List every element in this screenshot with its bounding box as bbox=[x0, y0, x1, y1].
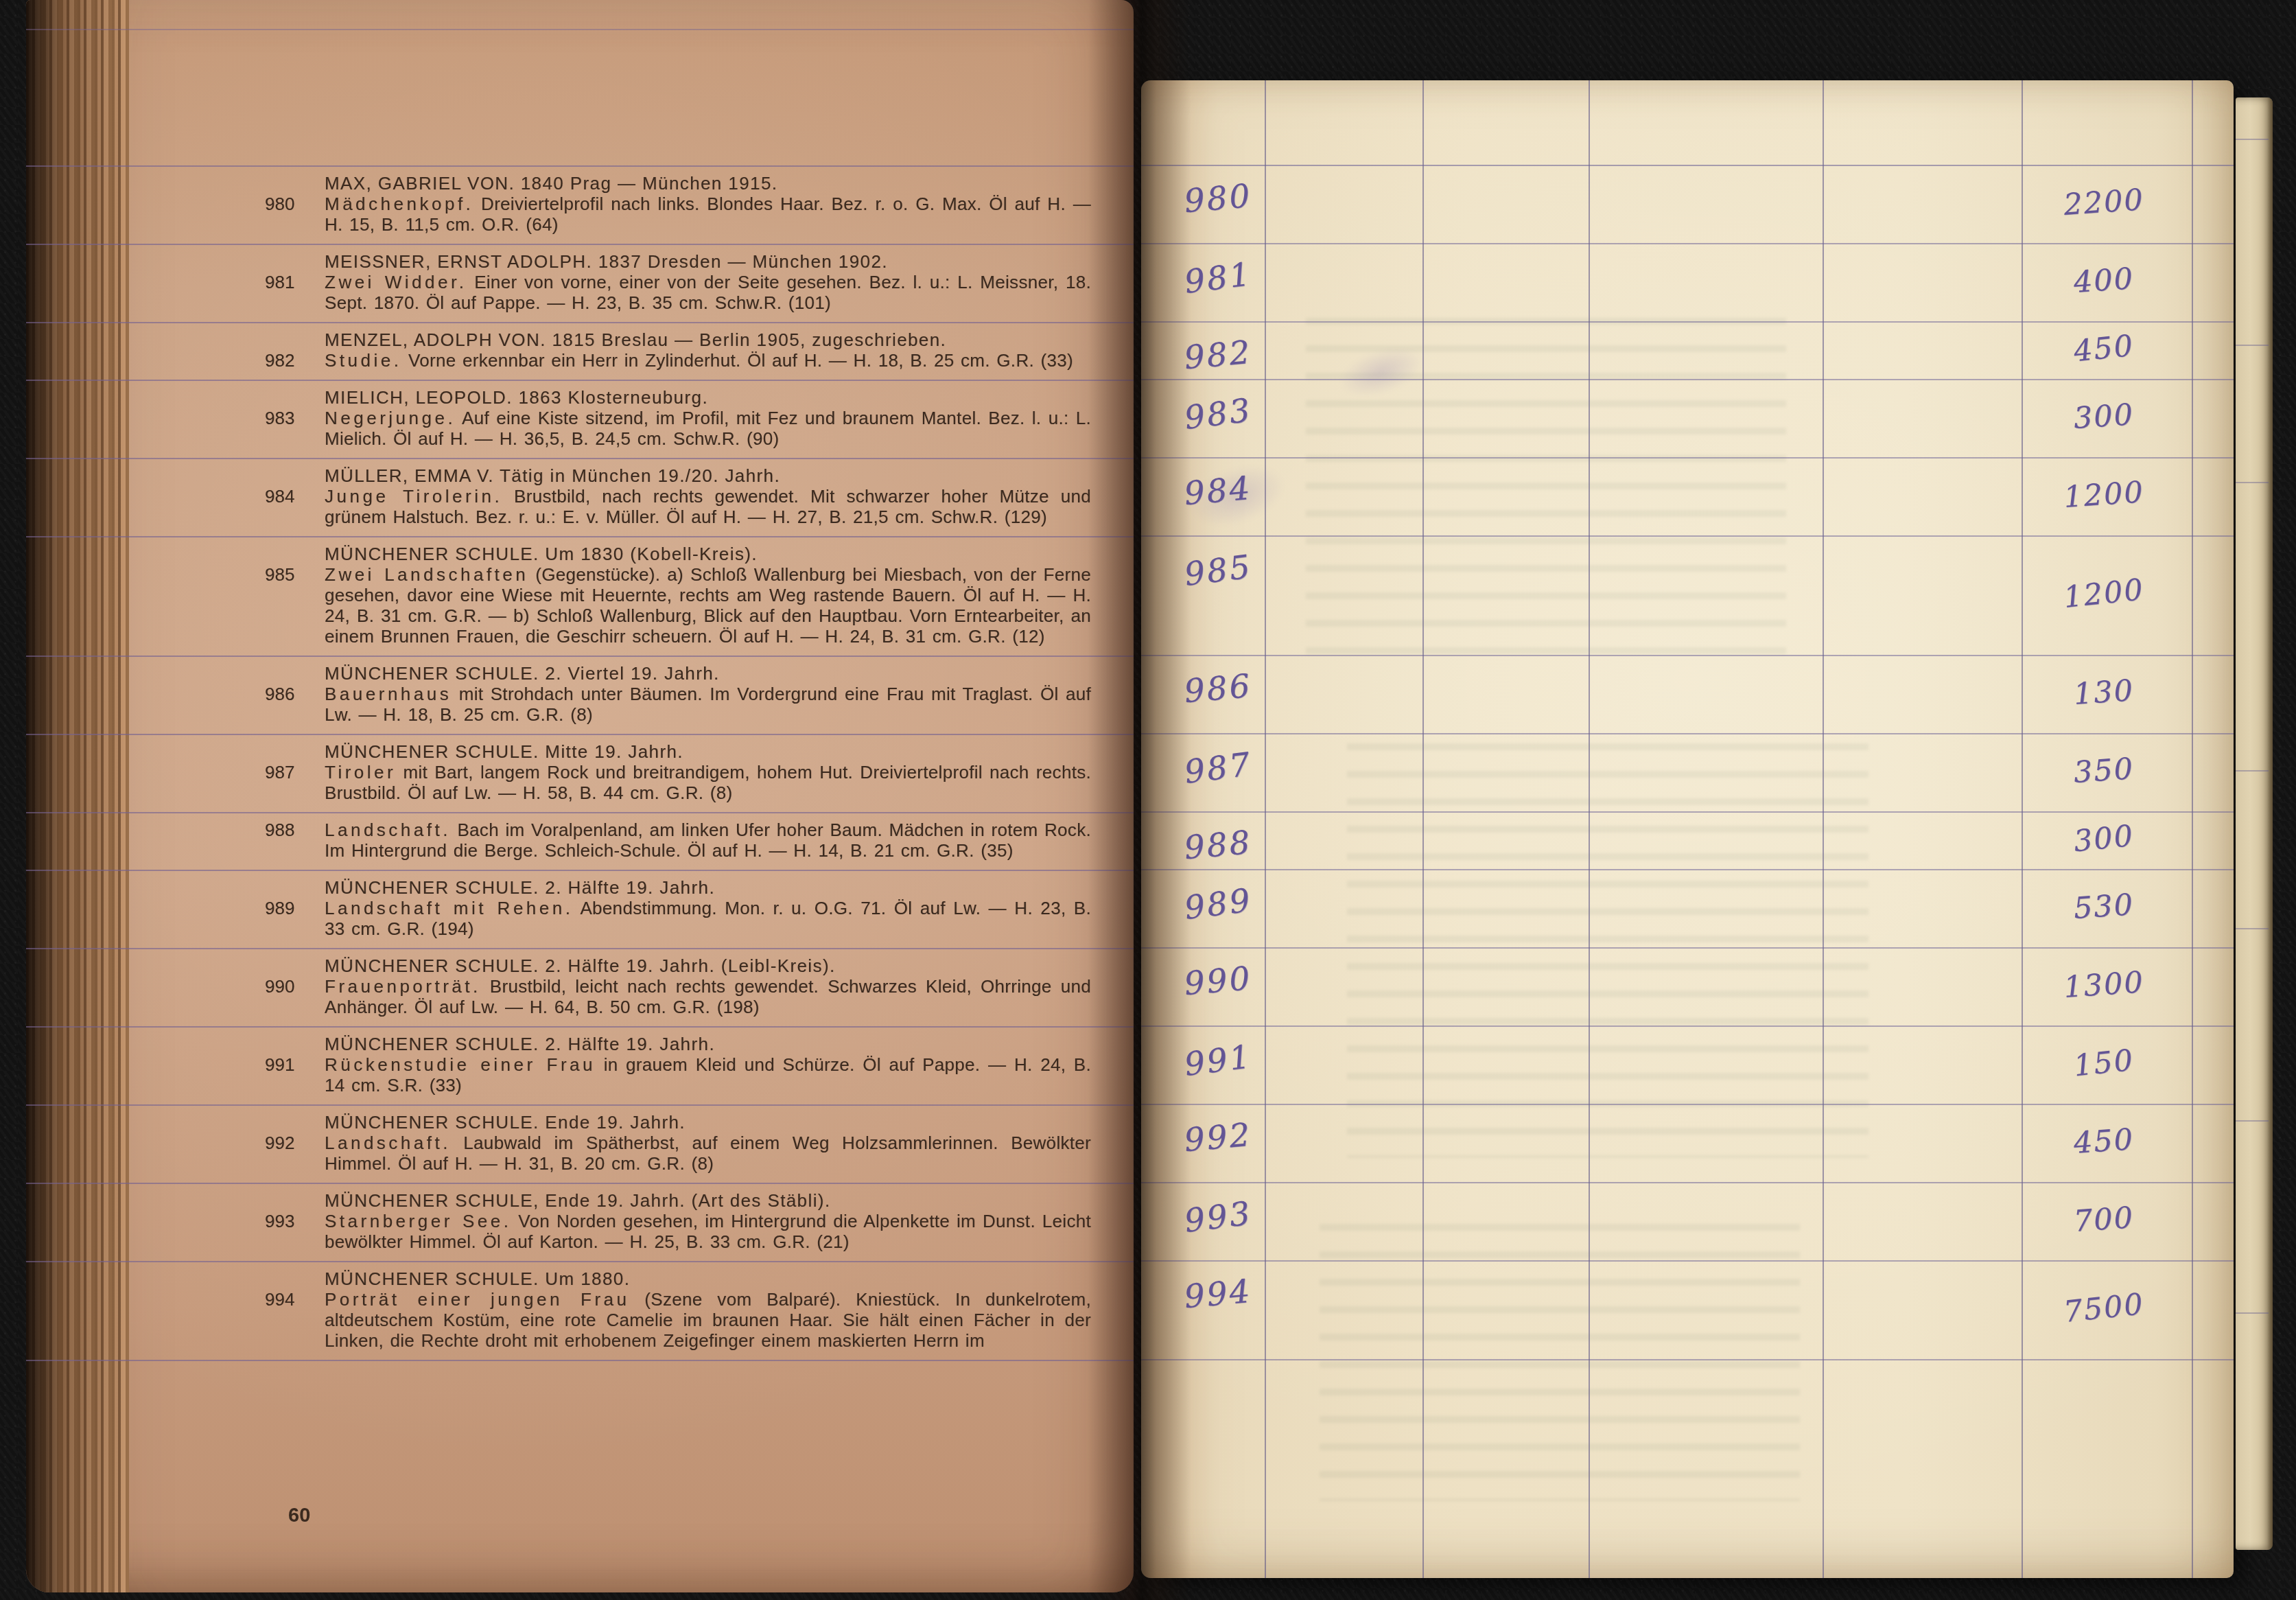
entry-description: Frauenporträt. Brustbild, leicht nach re… bbox=[325, 976, 1091, 1017]
ledger-row-984: 9841200 bbox=[1141, 459, 2234, 537]
catalog-entry-989: MÜNCHENER SCHULE. 2. Hälfte 19. Jahrh.98… bbox=[26, 871, 1134, 949]
handwritten-lot-number: 987 bbox=[1171, 744, 1265, 793]
lot-number: 987 bbox=[265, 762, 317, 782]
handwritten-price: 150 bbox=[2020, 1038, 2188, 1089]
ledger-row-988: 988300 bbox=[1141, 813, 2234, 870]
handwritten-price: 350 bbox=[2021, 748, 2188, 794]
ledger-row-985: 9851200 bbox=[1141, 537, 2234, 656]
artist-line: MÜLLER, EMMA V. Tätig in München 19./20.… bbox=[325, 465, 1091, 486]
handwritten-lot-number: 982 bbox=[1171, 332, 1265, 378]
catalog-entries: MAX, GABRIEL VON. 1840 Prag — München 19… bbox=[26, 165, 1134, 1361]
catalog-entry-981: MEISSNER, ERNST ADOLPH. 1837 Dresden — M… bbox=[26, 245, 1134, 323]
lot-number: 990 bbox=[265, 976, 317, 997]
ledger-row-989: 989530 bbox=[1141, 870, 2234, 949]
handwritten-lot-number: 985 bbox=[1171, 546, 1265, 595]
artist-line: MÜNCHENER SCHULE. 2. Viertel 19. Jahrh. bbox=[325, 663, 1091, 684]
entry-title: Junge Tirolerin. bbox=[325, 486, 502, 507]
handwritten-lot-number: 990 bbox=[1171, 958, 1265, 1004]
handwritten-price: 700 bbox=[2021, 1197, 2188, 1243]
artist-line: MAX, GABRIEL VON. 1840 Prag — München 19… bbox=[325, 173, 1091, 194]
entry-description: Landschaft. Bach im Voralpenland, am lin… bbox=[325, 820, 1091, 861]
ledger-row-991: 991150 bbox=[1141, 1027, 2234, 1105]
entry-title: Zwei Landschaften bbox=[325, 564, 528, 585]
handwritten-lot-number: 993 bbox=[1171, 1193, 1265, 1242]
artist-line: MÜNCHENER SCHULE. Um 1830 (Kobell-Kreis)… bbox=[325, 544, 1091, 564]
entry-description: Zwei Landschaften (Gegenstücke). a) Schl… bbox=[325, 564, 1091, 647]
ledger-rows: 9802200981400982450983300984120098512009… bbox=[1141, 165, 2234, 1360]
handwritten-price: 300 bbox=[2021, 394, 2188, 440]
ledger-row-987: 987350 bbox=[1141, 734, 2234, 813]
entry-description: Negerjunge. Auf eine Kiste sitzend, im P… bbox=[325, 408, 1091, 449]
handwritten-lot-number: 986 bbox=[1171, 666, 1265, 711]
lot-number: 991 bbox=[265, 1054, 317, 1075]
catalog-entry-991: MÜNCHENER SCHULE. 2. Hälfte 19. Jahrh.99… bbox=[26, 1028, 1134, 1106]
lot-number: 993 bbox=[265, 1211, 317, 1231]
handwritten-lot-number: 980 bbox=[1171, 176, 1265, 221]
handwritten-price: 1300 bbox=[2021, 962, 2188, 1008]
lot-number: 980 bbox=[265, 194, 317, 214]
catalog-entry-993: MÜNCHENER SCHULE, Ende 19. Jahrh. (Art d… bbox=[26, 1184, 1134, 1262]
top-rule-line bbox=[26, 29, 1134, 30]
lot-number: 988 bbox=[265, 820, 317, 840]
handwritten-lot-number: 983 bbox=[1171, 390, 1265, 439]
entry-title: Landschaft. bbox=[325, 1133, 451, 1153]
next-page-rule bbox=[2236, 482, 2269, 483]
catalog-entry-983: MIELICH, LEOPOLD. 1863 Klosterneuburg.98… bbox=[26, 381, 1134, 459]
artist-line: MÜNCHENER SCHULE, Ende 19. Jahrh. (Art d… bbox=[325, 1190, 1091, 1211]
entry-description: Tiroler mit Bart, langem Rock und breitr… bbox=[325, 762, 1091, 803]
lot-number: 984 bbox=[265, 486, 317, 507]
catalog-entry-980: MAX, GABRIEL VON. 1840 Prag — München 19… bbox=[26, 167, 1134, 245]
lot-number: 989 bbox=[265, 898, 317, 918]
handwritten-price: 450 bbox=[2021, 1119, 2188, 1165]
artist-line: MEISSNER, ERNST ADOLPH. 1837 Dresden — M… bbox=[325, 251, 1091, 272]
entry-title: Zwei Widder. bbox=[325, 272, 467, 292]
catalog-entry-994: MÜNCHENER SCHULE. Um 1880.994Porträt ein… bbox=[26, 1262, 1134, 1361]
ledger-row-981: 981400 bbox=[1141, 244, 2234, 323]
catalog-entry-988: 988Landschaft. Bach im Voralpenland, am … bbox=[26, 813, 1134, 871]
entry-description: Junge Tirolerin. Brustbild, nach rechts … bbox=[325, 486, 1091, 527]
ledger-row-986: 986130 bbox=[1141, 656, 2234, 734]
entry-description: Landschaft. Laubwald im Spätherbst, auf … bbox=[325, 1133, 1091, 1174]
next-page-rule bbox=[2236, 770, 2269, 772]
catalog-entry-986: MÜNCHENER SCHULE. 2. Viertel 19. Jahrh.9… bbox=[26, 657, 1134, 735]
entry-description: Porträt einer jungen Frau (Szene vom Bal… bbox=[325, 1289, 1091, 1351]
entry-title: Negerjunge. bbox=[325, 408, 456, 428]
handwritten-lot-number: 991 bbox=[1171, 1036, 1265, 1085]
entry-description: Mädchenkopf. Dreiviertelprofil nach link… bbox=[325, 194, 1091, 235]
entry-title: Rückenstudie einer Frau bbox=[325, 1054, 596, 1075]
catalog-entry-985: MÜNCHENER SCHULE. Um 1830 (Kobell-Kreis)… bbox=[26, 537, 1134, 657]
ledger-row-990: 9901300 bbox=[1141, 949, 2234, 1027]
entry-description: Rückenstudie einer Frau in grauem Kleid … bbox=[325, 1054, 1091, 1095]
entry-description: Landschaft mit Rehen. Abendstimmung. Mon… bbox=[325, 898, 1091, 939]
lot-number: 994 bbox=[265, 1289, 317, 1310]
lot-number: 985 bbox=[265, 564, 317, 585]
catalog-entry-990: MÜNCHENER SCHULE. 2. Hälfte 19. Jahrh. (… bbox=[26, 949, 1134, 1028]
handwritten-lot-number: 994 bbox=[1171, 1271, 1265, 1317]
catalog-page-left: MAX, GABRIEL VON. 1840 Prag — München 19… bbox=[26, 0, 1134, 1592]
next-page-rule bbox=[2236, 1120, 2269, 1122]
next-page-rule bbox=[2236, 345, 2269, 346]
page-number: 60 bbox=[288, 1505, 310, 1527]
handwritten-price: 400 bbox=[2021, 258, 2188, 304]
handwritten-price: 130 bbox=[2021, 670, 2188, 716]
handwritten-lot-number: 981 bbox=[1171, 254, 1265, 303]
catalog-entry-984: MÜLLER, EMMA V. Tätig in München 19./20.… bbox=[26, 459, 1134, 537]
handwritten-price: 530 bbox=[2021, 884, 2188, 930]
artist-line: MÜNCHENER SCHULE. 2. Hälfte 19. Jahrh. (… bbox=[325, 955, 1091, 976]
ledger-page-right: 9802200981400982450983300984120098512009… bbox=[1141, 80, 2234, 1578]
entry-description: Bauernhaus mit Strohdach unter Bäumen. I… bbox=[325, 684, 1091, 725]
entry-title: Frauenporträt. bbox=[325, 976, 481, 997]
entry-title: Landschaft. bbox=[325, 820, 451, 840]
ledger-row-983: 983300 bbox=[1141, 380, 2234, 459]
catalog-entry-992: MÜNCHENER SCHULE. Ende 19. Jahrh.992Land… bbox=[26, 1106, 1134, 1184]
entry-title: Tiroler bbox=[325, 762, 396, 782]
lot-number: 992 bbox=[265, 1133, 317, 1153]
entry-title: Landschaft mit Rehen. bbox=[325, 898, 573, 918]
handwritten-price: 1200 bbox=[2020, 568, 2188, 620]
lot-number: 986 bbox=[265, 684, 317, 704]
handwritten-lot-number: 989 bbox=[1171, 880, 1265, 929]
ledger-row-980: 9802200 bbox=[1141, 166, 2234, 244]
next-page-edge bbox=[2236, 97, 2273, 1550]
artist-line: MÜNCHENER SCHULE. Um 1880. bbox=[325, 1268, 1091, 1289]
entry-title: Bauernhaus bbox=[325, 684, 452, 704]
lot-number: 983 bbox=[265, 408, 317, 428]
entry-title: Porträt einer jungen Frau bbox=[325, 1289, 629, 1310]
handwritten-lot-number: 992 bbox=[1171, 1115, 1265, 1160]
artist-line: MÜNCHENER SCHULE. Mitte 19. Jahrh. bbox=[325, 741, 1091, 762]
entry-description: Studie. Vorne erkennbar ein Herr in Zyli… bbox=[325, 350, 1091, 371]
handwritten-price: 1200 bbox=[2021, 472, 2188, 518]
artist-line: MÜNCHENER SCHULE. 2. Hälfte 19. Jahrh. bbox=[325, 1034, 1091, 1054]
handwritten-lot-number: 984 bbox=[1171, 468, 1265, 513]
next-page-rule bbox=[2236, 139, 2269, 140]
handwritten-price: 300 bbox=[2020, 813, 2188, 865]
next-page-rule bbox=[2236, 1312, 2269, 1314]
lot-number: 982 bbox=[265, 350, 317, 371]
artist-line: MÜNCHENER SCHULE. Ende 19. Jahrh. bbox=[325, 1112, 1091, 1133]
ledger-row-992: 992450 bbox=[1141, 1105, 2234, 1183]
ledger-row-994: 9947500 bbox=[1141, 1262, 2234, 1360]
lot-number: 981 bbox=[265, 272, 317, 292]
handwritten-price: 2200 bbox=[2021, 180, 2188, 226]
book-scan: MAX, GABRIEL VON. 1840 Prag — München 19… bbox=[0, 0, 2296, 1600]
artist-line: MIELICH, LEOPOLD. 1863 Klosterneuburg. bbox=[325, 387, 1091, 408]
handwritten-lot-number: 988 bbox=[1171, 822, 1265, 868]
entry-description: Zwei Widder. Einer von vorne, einer von … bbox=[325, 272, 1091, 313]
handwritten-price: 7500 bbox=[2020, 1283, 2188, 1334]
entry-title: Starnberger See. bbox=[325, 1211, 511, 1231]
entry-title: Studie. bbox=[325, 350, 401, 371]
catalog-entry-987: MÜNCHENER SCHULE. Mitte 19. Jahrh.987Tir… bbox=[26, 735, 1134, 813]
entry-title: Mädchenkopf. bbox=[325, 194, 473, 214]
entry-description: Starnberger See. Von Norden gesehen, im … bbox=[325, 1211, 1091, 1252]
catalog-entry-982: MENZEL, ADOLPH VON. 1815 Breslau — Berli… bbox=[26, 323, 1134, 381]
ledger-row-982: 982450 bbox=[1141, 323, 2234, 380]
artist-line: MENZEL, ADOLPH VON. 1815 Breslau — Berli… bbox=[325, 329, 1091, 350]
artist-line: MÜNCHENER SCHULE. 2. Hälfte 19. Jahrh. bbox=[325, 877, 1091, 898]
ledger-row-993: 993700 bbox=[1141, 1183, 2234, 1262]
next-page-rule bbox=[2236, 928, 2269, 929]
handwritten-price: 450 bbox=[2020, 323, 2188, 375]
